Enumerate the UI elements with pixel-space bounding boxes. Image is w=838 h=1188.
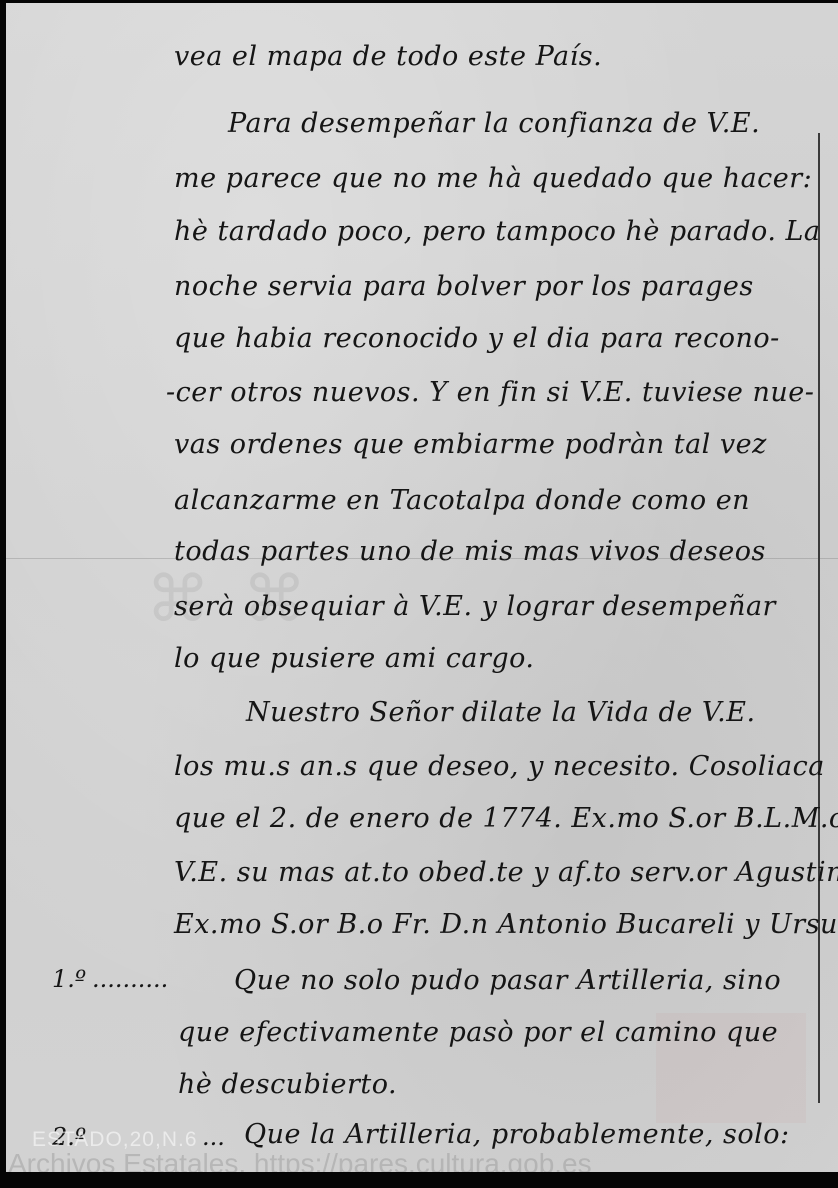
margin-rule (818, 133, 820, 1103)
text-line: que efectivamente pasò por el camino que (178, 1017, 778, 1048)
manuscript-page: ⌘ ⌘ vea el mapa de todo este País. Para … (6, 3, 838, 1173)
text-line: hè descubierto. (178, 1069, 397, 1100)
text-line: V.E. su mas at.to obed.te y af.to serv.o… (174, 857, 838, 888)
text-line: Nuestro Señor dilate la Vida de V.E. (246, 697, 756, 728)
text-line: hè tardado poco, pero tampoco hè parado.… (174, 216, 821, 247)
text-line: Que no solo pudo pasar Artilleria, sino (234, 965, 781, 996)
text-line: serà obsequiar à V.E. y lograr desempeña… (174, 591, 776, 622)
text-line: vas ordenes que embiarme podràn tal vez (174, 429, 767, 460)
text-line: todas partes uno de mis mas vivos deseos (174, 536, 766, 567)
text-line: -cer otros nuevos. Y en fin si V.E. tuvi… (166, 377, 814, 408)
text-line: Para desempeñar la confianza de V.E. (228, 108, 760, 139)
text-line: alcanzarme en Tacotalpa donde como en (174, 485, 750, 516)
text-line: Que la Artilleria, probablemente, solo: (244, 1119, 790, 1150)
text-line: que el 2. de enero de 1774. Ex.mo S.or B… (174, 803, 838, 834)
dot-leader: ... (202, 1123, 225, 1151)
item-number: 1.º (52, 965, 86, 993)
text-line: los mu.s an.s que deseo, y necesito. Cos… (174, 751, 825, 782)
scan-border (0, 1172, 838, 1188)
dot-leader: .......... (92, 965, 168, 993)
text-line: me parece que no me hà quedado que hacer… (174, 163, 812, 194)
text-line: que habia reconocido y el dia para recon… (174, 323, 780, 354)
text-line: noche servia para bolver por los parages (174, 271, 754, 302)
text-line: lo que pusiere ami cargo. (174, 643, 535, 674)
text-line: Ex.mo S.or B.o Fr. D.n Antonio Bucareli … (174, 909, 838, 940)
text-line: vea el mapa de todo este País. (174, 41, 602, 72)
